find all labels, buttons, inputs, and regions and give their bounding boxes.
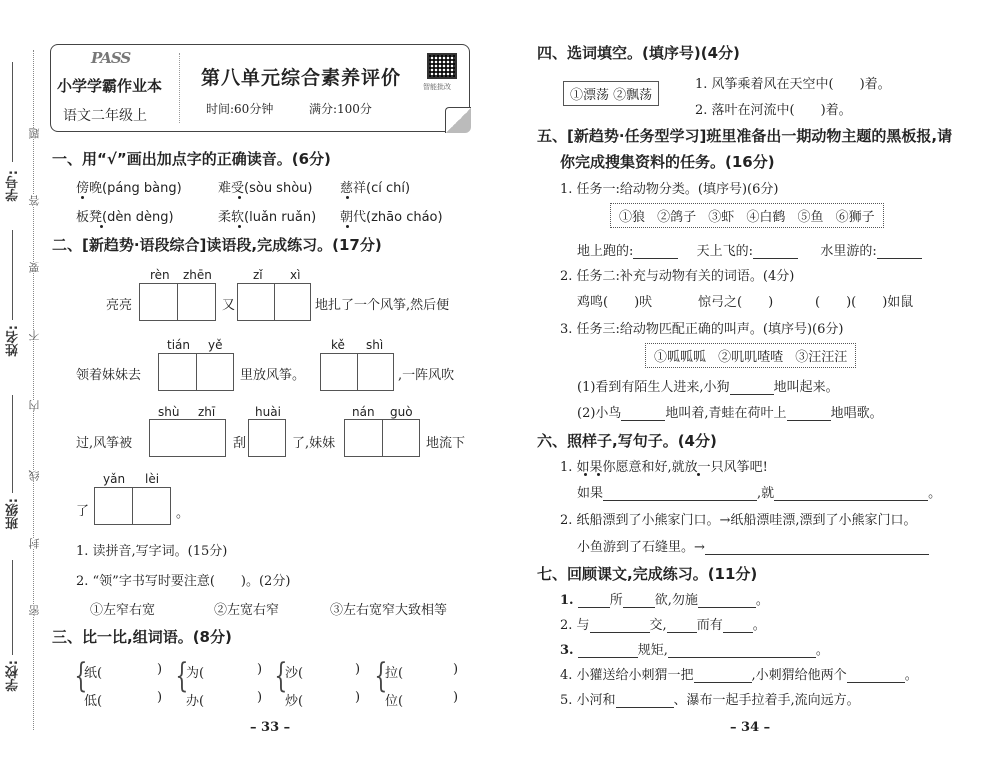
- school-line[interactable]: [12, 560, 13, 655]
- emphasis-dot: [584, 473, 587, 476]
- passage-text: 亮亮: [106, 294, 132, 313]
- sound-options-box: ①呱呱呱 ②叽叽喳喳 ③汪汪汪: [645, 343, 856, 368]
- passage-text: 里放风筝。: [240, 364, 305, 383]
- paren-close: ): [453, 662, 458, 677]
- char-pair: 拉(: [385, 662, 403, 681]
- answer-blank[interactable]: [787, 407, 831, 421]
- qr-code-icon[interactable]: [427, 53, 457, 79]
- answer-blank[interactable]: [633, 245, 678, 259]
- answer-blank[interactable]: [590, 619, 650, 633]
- passage-text: 刮: [233, 432, 246, 451]
- header-banner: PASS 小学学霸作业本 语文二年级上 第八单元综合素养评价 时间:60分钟 满…: [50, 44, 470, 132]
- char-pair: 纸(: [84, 662, 102, 681]
- s1-item: 朝代(zhāo cháo): [340, 206, 443, 225]
- emphasis-dot: [346, 196, 349, 199]
- banner-divider: [179, 53, 180, 123]
- emphasis-dot: [697, 473, 700, 476]
- series-name: 小学学霸作业本: [57, 75, 162, 96]
- task-3-q1: (1)看到有陌生人进来,小狗地叫起来。: [577, 376, 839, 395]
- char-pair: 炒(: [285, 690, 303, 709]
- emphasis-dot: [238, 196, 241, 199]
- pinyin: nán: [352, 405, 375, 419]
- word-options-box: ①漂荡 ②飘荡: [563, 81, 659, 106]
- s7-question-5: 5. 小河和、瀑布一起手拉着手,流向远方。: [560, 689, 860, 708]
- pinyin: zhī: [198, 405, 215, 419]
- paren-close: ): [157, 662, 162, 677]
- writing-grid[interactable]: [139, 283, 216, 321]
- paren-close: ): [257, 690, 262, 705]
- s6-answer-2: 小鱼游到了石缝里。→: [577, 536, 929, 555]
- s2-option[interactable]: ③左右宽窄大致相等: [330, 599, 447, 618]
- page-number: – 34 –: [730, 720, 770, 735]
- pinyin: lèi: [145, 472, 159, 486]
- task-1: 1. 任务一:给动物分类。(填序号)(6分): [560, 178, 778, 197]
- answer-blank[interactable]: [621, 407, 665, 421]
- time-limit: 时间:60分钟: [206, 102, 273, 116]
- writing-grid[interactable]: [158, 353, 234, 391]
- task-2: 2. 任务二:补充与动物有关的词语。(4分): [560, 265, 794, 284]
- pinyin: yǎn: [103, 472, 125, 486]
- paren-close: ): [257, 662, 262, 677]
- s1-item: 难受(sòu shòu): [218, 177, 312, 196]
- name-label: 姓名:: [4, 325, 23, 356]
- s2-question-2: 2. “领”字书写时要注意( )。(2分): [76, 570, 290, 589]
- char-pair: 为(: [186, 662, 204, 681]
- s6-example-2: 2. 纸船漂到了小熊家门口。→纸船漂哇漂,漂到了小熊家门口。: [560, 509, 917, 528]
- answer-blank[interactable]: [694, 669, 752, 683]
- paren-close: ): [453, 690, 458, 705]
- name-line[interactable]: [12, 230, 13, 320]
- char-pair: 沙(: [285, 662, 303, 681]
- section-1-heading: 一、用“√”画出加点字的正确读音。(6分): [52, 148, 331, 169]
- section-3-heading: 三、比一比,组词语。(8分): [52, 626, 232, 647]
- student-id-line[interactable]: [12, 62, 13, 162]
- passage-text: 了: [76, 500, 89, 519]
- answer-blank[interactable]: [774, 487, 928, 501]
- idiom-item: ( )( )如鼠: [815, 291, 913, 310]
- pinyin: zǐ: [253, 268, 263, 282]
- writing-grid[interactable]: [237, 283, 311, 321]
- char-pair: 低(: [84, 690, 102, 709]
- pinyin: yě: [208, 338, 222, 352]
- seal-line: [33, 50, 34, 730]
- pinyin: huài: [255, 405, 281, 419]
- section-5-heading: 五、[新趋势·任务型学习]班里准备出一期动物主题的黑板报,请: [537, 125, 952, 146]
- binding-margin: 学号: 姓名: 班级: 学校: 题 答 要 不 内 线 封 密: [0, 0, 45, 760]
- section-2-heading: 二、[新趋势·语段综合]读语段,完成练习。(17分): [52, 234, 382, 255]
- char-pair: 位(: [385, 690, 403, 709]
- emphasis-dot: [597, 473, 600, 476]
- grade-subject: 语文二年级上: [63, 105, 147, 125]
- full-score: 满分:100分: [309, 102, 372, 116]
- s1-item: 柔软(luǎn ruǎn): [218, 206, 316, 225]
- task-3: 3. 任务三:给动物匹配正确的叫声。(填序号)(6分): [560, 318, 843, 337]
- s4-question-1: 1. 风筝乘着风在天空中( )着。: [695, 73, 891, 92]
- s7-question-2: 2. 与交,而有。: [560, 614, 766, 633]
- pinyin: shì: [366, 338, 383, 352]
- writing-grid[interactable]: [149, 419, 226, 457]
- s1-item: 傍晚(páng bàng): [76, 177, 182, 196]
- page-number: – 33 –: [250, 720, 290, 735]
- s2-option[interactable]: ①左窄右宽: [90, 599, 155, 618]
- char-pair: 办(: [186, 690, 204, 709]
- seal-char: 内: [27, 400, 43, 411]
- answer-blank[interactable]: [723, 619, 753, 633]
- answer-blank[interactable]: [668, 644, 816, 658]
- s1-item: 板凳(dèn dèng): [76, 206, 174, 225]
- idiom-item: 惊弓之( ): [698, 291, 773, 310]
- emphasis-dot: [238, 225, 241, 228]
- page-title: 第八单元综合素养评价: [201, 63, 401, 90]
- category-row: 地上跑的: 天上飞的: 水里游的:: [577, 240, 922, 259]
- pinyin: shù: [158, 405, 179, 419]
- passage-text: 地流下: [426, 432, 465, 451]
- seal-char: 答: [27, 195, 43, 206]
- seal-char: 不: [27, 330, 43, 341]
- passage-text: 领着妹妹去: [76, 364, 141, 383]
- pass-logo: PASS: [91, 49, 130, 67]
- pinyin: rèn: [150, 268, 170, 282]
- pinyin: zhēn: [183, 268, 212, 282]
- passage-text: ,一阵风吹: [398, 364, 454, 383]
- idiom-item: 鸡鸣( )吠: [577, 291, 652, 310]
- seal-char: 要: [27, 262, 43, 273]
- answer-blank[interactable]: [705, 541, 929, 555]
- emphasis-dot: [81, 196, 84, 199]
- answer-blank[interactable]: [603, 487, 757, 501]
- s7-question-1: 1. 所欲,勿施。: [560, 589, 769, 608]
- answer-blank[interactable]: [578, 644, 638, 658]
- paren-close: ): [157, 690, 162, 705]
- class-label: 班级:: [4, 498, 23, 529]
- s7-question-4: 4. 小獾送给小刺猬一把,小刺猬给他两个。: [560, 664, 918, 683]
- answer-blank[interactable]: [698, 594, 756, 608]
- seal-char: 封: [27, 538, 43, 549]
- school-label: 学校:: [4, 660, 23, 691]
- pinyin: xì: [290, 268, 300, 282]
- qr-label: 智能批改: [423, 82, 451, 92]
- answer-blank[interactable]: [730, 381, 774, 395]
- s7-question-3: 3. 规矩,。: [560, 639, 829, 658]
- passage-text: 地扎了一个风筝,然后便: [315, 294, 449, 313]
- answer-blank[interactable]: [847, 669, 905, 683]
- answer-blank[interactable]: [578, 594, 610, 608]
- passage-text: 。: [176, 502, 189, 521]
- answer-blank[interactable]: [753, 245, 798, 259]
- writing-grid[interactable]: [248, 419, 286, 457]
- section-4-heading: 四、选词填空。(填序号)(4分): [537, 42, 740, 63]
- s6-example-1: 1. 如果你愿意和好,就放一只风筝吧!: [560, 456, 768, 475]
- writing-grid[interactable]: [320, 353, 394, 391]
- page-curl-icon: [445, 107, 471, 133]
- passage-text: 了,妹妹: [292, 432, 335, 451]
- section-6-heading: 六、照样子,写句子。(4分): [537, 430, 717, 451]
- s2-option[interactable]: ②左宽右窄: [214, 599, 279, 618]
- passage-text: 又: [222, 294, 235, 313]
- answer-blank[interactable]: [616, 694, 674, 708]
- writing-grid[interactable]: [94, 487, 171, 525]
- emphasis-dot: [346, 225, 349, 228]
- class-line[interactable]: [12, 395, 13, 493]
- answer-blank[interactable]: [877, 245, 922, 259]
- student-id-label: 学号:: [4, 170, 23, 201]
- seal-char: 题: [27, 128, 43, 139]
- task-3-q2: (2)小鸟地叫着,青蛙在荷叶上地唱歌。: [577, 402, 883, 421]
- exam-meta: 时间:60分钟 满分:100分: [206, 100, 372, 117]
- emphasis-dot: [100, 225, 103, 228]
- answer-blank[interactable]: [667, 619, 697, 633]
- section-7-heading: 七、回顾课文,完成练习。(11分): [537, 563, 757, 584]
- seal-char: 密: [27, 605, 43, 616]
- seal-char: 线: [27, 470, 43, 481]
- paren-close: ): [355, 690, 360, 705]
- pinyin: kě: [331, 338, 345, 352]
- s6-answer-1: 如果,就。: [577, 482, 941, 501]
- passage-text: 过,风筝被: [76, 432, 132, 451]
- paren-close: ): [355, 662, 360, 677]
- s2-question-1: 1. 读拼音,写字词。(15分): [76, 540, 227, 559]
- writing-grid[interactable]: [344, 419, 420, 457]
- section-5-heading-cont: 你完成搜集资料的任务。(16分): [560, 151, 775, 172]
- answer-blank[interactable]: [623, 594, 655, 608]
- s1-item: 慈祥(cí chí): [340, 177, 410, 196]
- animal-options-box: ①狼 ②鸽子 ③虾 ④白鹤 ⑤鱼 ⑥狮子: [610, 203, 884, 228]
- pinyin: guò: [390, 405, 413, 419]
- pinyin: tián: [167, 338, 190, 352]
- s4-question-2: 2. 落叶在河流中( )着。: [695, 99, 852, 118]
